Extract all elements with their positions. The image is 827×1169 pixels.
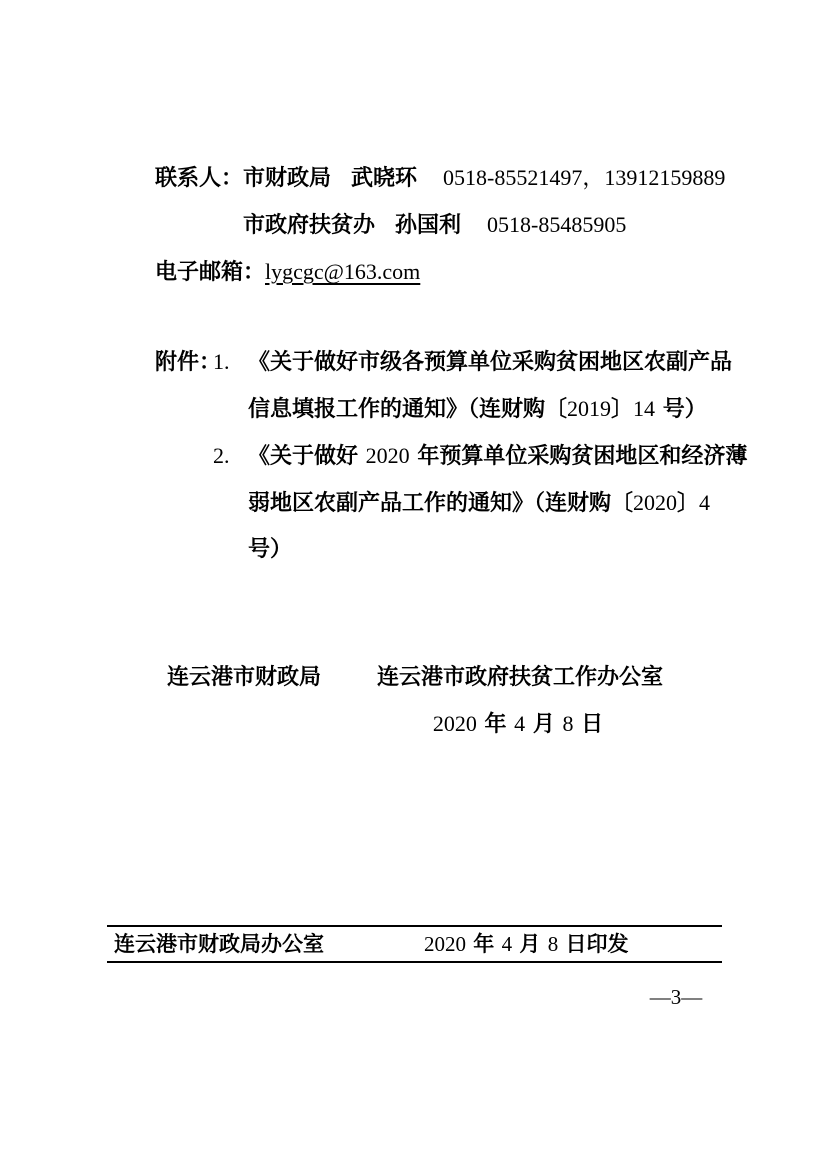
issuer-org-2: 连云港市政府扶贫工作办公室 [377, 655, 663, 701]
contact-section: 联系人：市财政局武晓环0518-85521497，13912159889 市政府… [155, 154, 725, 295]
attachment-2-line-2: 弱地区农副产品工作的通知》（连财购〔2020〕4 [248, 479, 747, 526]
contact-phone-2: 0518-85485905 [487, 212, 626, 237]
issuer-org-1: 连云港市财政局 [167, 655, 321, 701]
attachments-section: 附件：1.《关于做好市级各预算单位采购贫困地区农副产品 信息填报工作的通知》（连… [155, 338, 747, 573]
document-page: 联系人：市财政局武晓环0518-85521497，13912159889 市政府… [0, 0, 827, 1169]
colophon: 连云港市财政局办公室2020 年 4 月 8 日印发 [107, 925, 722, 963]
attachment-1-line-1: 附件：1.《关于做好市级各预算单位采购贫困地区农副产品 [155, 338, 747, 385]
email-line: 电子邮箱：lygcgc@163.com [155, 248, 725, 295]
contact-org-1: 市财政局 [243, 166, 331, 191]
email-link[interactable]: lygcgc@163.com [265, 259, 420, 284]
email-label: 电子邮箱： [155, 260, 265, 285]
attachment-1-line-2: 信息填报工作的通知》（连财购〔2019〕14 号） [248, 385, 747, 432]
contact-org-2: 市政府扶贫办 [243, 213, 375, 238]
contact-line-1: 联系人：市财政局武晓环0518-85521497，13912159889 [155, 154, 725, 201]
attachment-2-line-3: 号） [248, 526, 747, 573]
attachment-1-number: 1. [213, 338, 248, 385]
colophon-office: 连云港市财政局办公室 [114, 927, 424, 961]
attachment-2-title-line-1: 《关于做好 2020 年预算单位采购贫困地区和经济薄 [248, 444, 747, 469]
contact-phone-1: 0518-85521497，13912159889 [443, 165, 725, 190]
contact-label: 联系人： [155, 166, 243, 191]
contact-person-2: 孙国利 [395, 213, 461, 238]
colophon-print-date: 2020 年 4 月 8 日印发 [424, 932, 629, 956]
issue-date: 2020 年 4 月 8 日 [377, 701, 659, 747]
contact-line-2: 市政府扶贫办孙国利0518-85485905 [243, 201, 725, 248]
attachment-1-title-line-1: 《关于做好市级各预算单位采购贫困地区农副产品 [248, 350, 732, 375]
attachment-2-number: 2. [213, 432, 248, 479]
attachment-2-line-1: 2.《关于做好 2020 年预算单位采购贫困地区和经济薄 [213, 432, 747, 479]
contact-person-1: 武晓环 [351, 166, 417, 191]
page-number: —3— [640, 985, 712, 1009]
attachments-label: 附件： [155, 339, 213, 386]
